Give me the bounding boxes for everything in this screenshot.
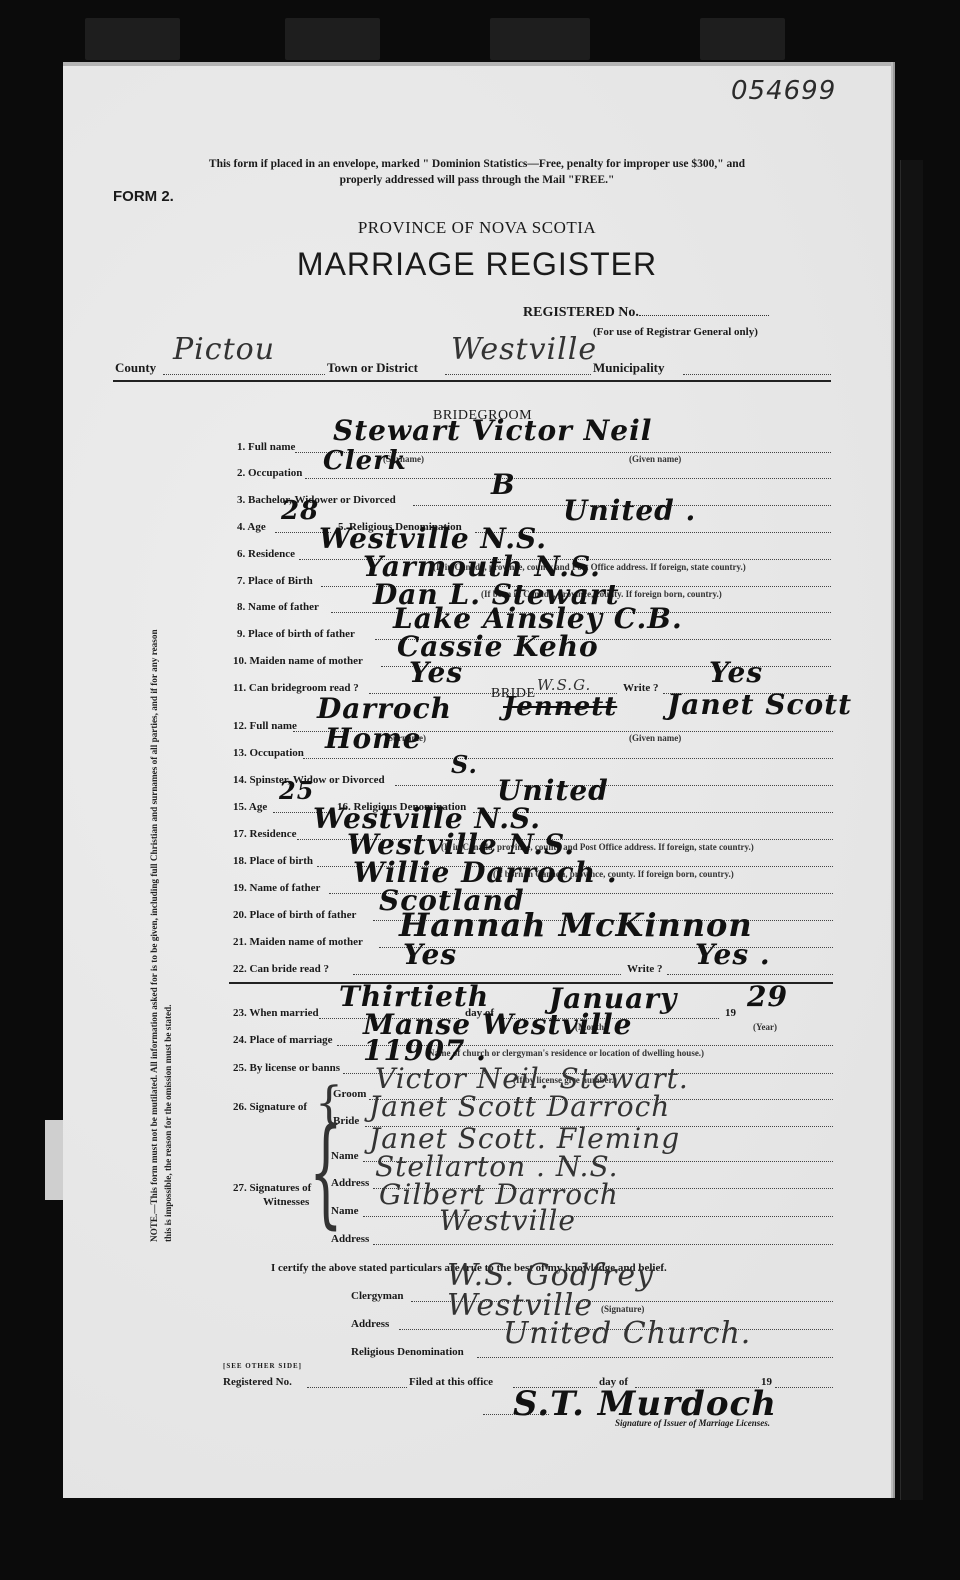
town-line: [445, 374, 591, 375]
binder-tab: [85, 18, 180, 60]
witness-2-address-value[interactable]: Westville: [439, 1204, 576, 1237]
groom-can-write-value[interactable]: Yes: [709, 656, 763, 689]
witness-2-address-label: Address: [331, 1233, 369, 1245]
when-married-label: 23. When married: [233, 1007, 319, 1019]
county-value[interactable]: Pictou: [173, 332, 275, 367]
groom-birthplace-label: 7. Place of Birth: [237, 575, 313, 587]
bride-age-label: 15. Age: [233, 801, 267, 813]
filing-registered-no-line: [307, 1387, 407, 1388]
place-of-marriage-label: 24. Place of marriage: [233, 1034, 333, 1046]
witnesses-label: 27. Signatures of: [233, 1182, 311, 1194]
witness-1-name-label: Name: [331, 1150, 359, 1162]
groom-age-label: 4. Age: [237, 521, 266, 533]
binder-tab: [700, 18, 785, 60]
given-name-hint: (Given name): [629, 454, 681, 464]
groom-residence-label: 6. Residence: [237, 548, 295, 560]
bride-father-birthplace-label: 20. Place of birth of father: [233, 909, 356, 921]
bride-can-write-line: [667, 974, 833, 975]
groom-father-birthplace-label: 9. Place of birth of father: [237, 628, 355, 640]
divider: [229, 982, 833, 984]
town-label: Town or District: [327, 360, 418, 376]
groom-can-read-value[interactable]: Yes: [409, 656, 463, 689]
groom-full-name-value[interactable]: Stewart Victor Neil: [333, 414, 652, 447]
bride-occupation-label: 13. Occupation: [233, 747, 304, 759]
bride-mother-label: 21. Maiden name of mother: [233, 936, 363, 948]
groom-occupation-label: 2. Occupation: [237, 467, 302, 479]
bride-age-value[interactable]: 25: [279, 776, 314, 805]
groom-denomination-value[interactable]: United .: [563, 494, 696, 527]
side-note: NOTE.—This form must not be mutilated. A…: [147, 622, 175, 1242]
groom-father-label: 8. Name of father: [237, 601, 319, 613]
bride-birthplace-label: 18. Place of birth: [233, 855, 313, 867]
groom-full-name-label: 1. Full name: [237, 441, 295, 453]
page-title: MARRIAGE REGISTER: [63, 246, 891, 283]
groom-marital-status-value[interactable]: B: [491, 468, 516, 501]
binder-tab: [490, 18, 590, 60]
signature-of-label: 26. Signature of: [233, 1101, 307, 1113]
divider: [113, 380, 831, 382]
underlying-page-edge: [45, 1120, 65, 1200]
groom-occupation-value[interactable]: Clerk: [323, 446, 407, 476]
groom-mother-label: 10. Maiden name of mother: [233, 655, 363, 667]
bride-struck-name: Jennett: [503, 692, 617, 722]
province-heading: PROVINCE OF NOVA SCOTIA: [63, 218, 891, 238]
groom-occupation-line: [305, 478, 831, 479]
town-value[interactable]: Westville: [451, 332, 597, 367]
bride-can-read-value[interactable]: Yes: [403, 938, 457, 971]
bride-residence-label: 17. Residence: [233, 828, 297, 840]
registered-no-blank[interactable]: [639, 315, 769, 316]
filed-at-label: Filed at this office: [409, 1376, 493, 1388]
bride-marital-status-line: [395, 785, 833, 786]
signature-hint: (Signature): [601, 1304, 644, 1314]
clergyman-address-label: Address: [351, 1318, 389, 1330]
bride-occupation-value[interactable]: Home: [325, 722, 422, 755]
clergyman-denomination-line: [477, 1357, 833, 1358]
reference-number: 054699: [731, 76, 836, 106]
license-label: 25. By license or banns: [233, 1062, 340, 1074]
bride-occupation-line: [303, 758, 833, 759]
bride-father-label: 19. Name of father: [233, 882, 320, 894]
filing-registered-no-label: Registered No.: [223, 1376, 292, 1388]
witness-2-address-line: [373, 1244, 833, 1245]
clergyman-denomination-label: Religious Denomination: [351, 1346, 464, 1358]
groom-age-value[interactable]: 28: [281, 496, 319, 526]
witness-2-name-line: [363, 1216, 833, 1217]
filing-year-line: [775, 1387, 833, 1388]
registrar-note: (For use of Registrar General only): [593, 326, 758, 338]
witness-2-name-label: Name: [331, 1205, 359, 1217]
clergyman-label: Clergyman: [351, 1290, 404, 1302]
municipality-label: Municipality: [593, 360, 665, 376]
municipality-line: [683, 374, 831, 375]
bride-surname-value[interactable]: Darroch: [317, 692, 452, 725]
registered-no-field: REGISTERED No.: [523, 305, 769, 321]
bride-can-read-label: 22. Can bride read ?: [233, 963, 329, 975]
bride-given-name-value[interactable]: Janet Scott: [667, 688, 852, 721]
county-label: County: [115, 360, 156, 376]
groom-can-write-label: Write ?: [623, 682, 659, 694]
clergyman-denomination-value[interactable]: United Church.: [503, 1316, 751, 1351]
form-number: FORM 2.: [113, 188, 174, 205]
county-line: [163, 374, 325, 375]
bride-signature-value[interactable]: Janet Scott Darroch: [369, 1090, 670, 1123]
binder-tab: [285, 18, 380, 60]
postal-notice: This form if placed in an envelope, mark…: [63, 156, 891, 188]
binder-spine: [900, 160, 923, 1500]
issuer-caption: Signature of Issuer of Marriage Licenses…: [615, 1418, 770, 1428]
year-prefix: 19: [725, 1007, 736, 1019]
groom-signature-label: Groom: [333, 1088, 366, 1100]
witnesses-label-line2: Witnesses: [263, 1196, 309, 1208]
page-top-edge: [63, 62, 891, 66]
bride-can-write-value[interactable]: Yes .: [695, 938, 771, 971]
given-name-hint: (Given name): [629, 733, 681, 743]
when-married-year[interactable]: 29: [747, 980, 788, 1013]
year-hint: (Year): [753, 1022, 777, 1032]
witness-1-address-label: Address: [331, 1177, 369, 1189]
marriage-register-form: 054699 This form if placed in an envelop…: [63, 62, 891, 1498]
bride-can-write-label: Write ?: [627, 963, 663, 975]
bride-can-read-line: [353, 974, 621, 975]
bride-marital-status-value[interactable]: S.: [451, 750, 478, 779]
bride-full-name-label: 12. Full name: [233, 720, 297, 732]
see-other-side-note: [SEE OTHER SIDE]: [223, 1362, 302, 1370]
